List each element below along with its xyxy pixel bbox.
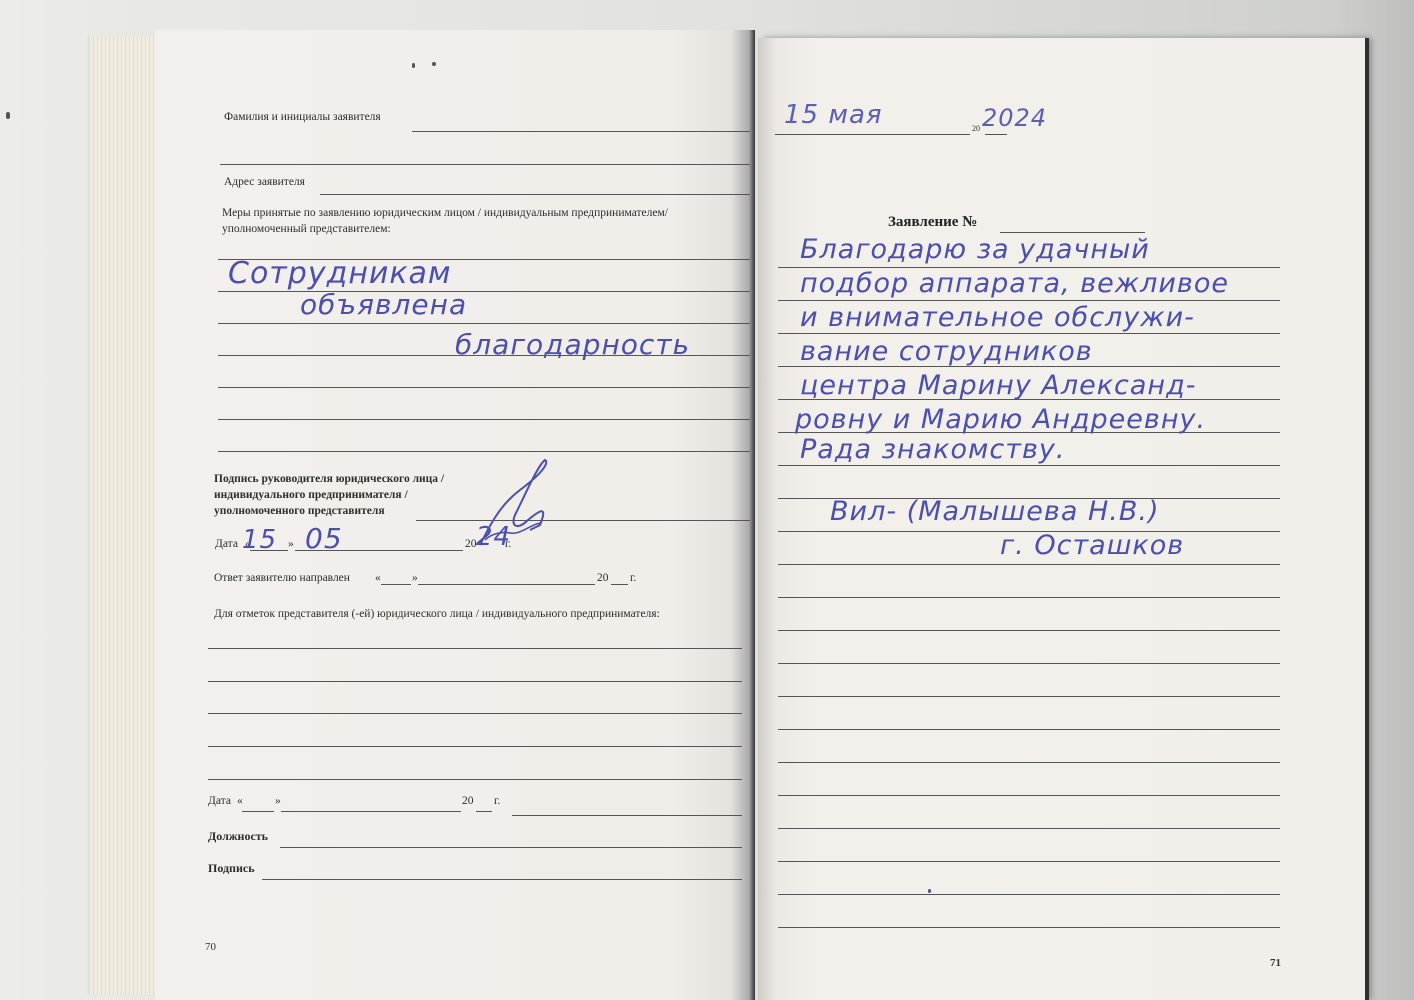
statement-line — [778, 465, 1280, 466]
position-label: Должность — [208, 829, 268, 844]
notes-line[interactable] — [208, 746, 742, 747]
statement-line — [778, 927, 1280, 928]
handwritten-date-day-month: 15 мая — [784, 100, 883, 130]
scan-speck — [6, 112, 10, 119]
notes-line[interactable] — [208, 681, 742, 682]
measures-handwritten-2: объявлена — [300, 288, 467, 321]
reply-label: Ответ заявителю направлен — [214, 572, 350, 584]
statement-line — [778, 894, 1280, 895]
date2-quote-close: » — [275, 795, 281, 807]
measures-label: Меры принятые по заявлению юридическим л… — [222, 207, 668, 219]
statement-text-line-5: центра Марину Александ- — [800, 370, 1196, 401]
date-quote-close: » — [288, 538, 294, 550]
statement-line — [778, 729, 1280, 730]
statement-text-line-3: и внимательное обслужи- — [800, 302, 1195, 333]
statement-text-line-1: Благодарю за удачный — [800, 234, 1150, 265]
ink-dot — [412, 63, 415, 68]
reply-quote-open: « — [375, 572, 381, 584]
applicant-name-line-2[interactable] — [220, 164, 750, 165]
statement-line — [778, 828, 1280, 829]
statement-city: г. Осташков — [1000, 530, 1184, 561]
date2-year-prefix: 20 — [462, 795, 474, 807]
notes-line[interactable] — [208, 779, 742, 780]
signature-line[interactable] — [416, 520, 750, 521]
statement-signature-name: Вил- (Малышева Н.В.) — [830, 496, 1160, 527]
notes-label: Для отметок представителя (-ей) юридичес… — [214, 608, 660, 620]
measures-handwritten-3: благодарность — [455, 328, 690, 361]
date-year-prefix-printed: 20 — [972, 124, 980, 133]
statement-line — [778, 696, 1280, 697]
statement-text-line-6: ровну и Марию Андреевну. — [795, 404, 1206, 435]
statement-text-line-2: подбор аппарата, вежливое — [800, 268, 1229, 299]
notes-line[interactable] — [208, 713, 742, 714]
statement-text-line-7: Рада знакомству. — [800, 434, 1065, 465]
page-edges — [90, 35, 160, 995]
date2-extra-line[interactable] — [512, 815, 742, 816]
measures-line — [218, 291, 750, 292]
signature-label-3: уполномоченного представителя — [214, 505, 385, 517]
applicant-name-label: Фамилия и инициалы заявителя — [224, 111, 381, 123]
date2-year-line[interactable] — [476, 811, 492, 812]
page-number-left: 70 — [205, 941, 216, 953]
statement-number-line[interactable] — [1000, 232, 1145, 233]
date-year-unit: г. — [505, 538, 511, 550]
date2-quote-open: « — [237, 795, 243, 807]
page-shadow-edge — [1365, 38, 1369, 1000]
statement-line — [778, 630, 1280, 631]
date2-label: Дата — [208, 795, 231, 807]
position-line[interactable] — [280, 847, 742, 848]
measures-line — [218, 387, 750, 388]
date2-month-line[interactable] — [281, 811, 461, 812]
measures-line — [218, 323, 750, 324]
reply-year-line[interactable] — [611, 584, 628, 585]
statement-line — [778, 663, 1280, 664]
signature-label-1: Подпись руководителя юридического лица / — [214, 473, 444, 485]
date-year-prefix: 20 — [465, 538, 477, 550]
ink-dot — [928, 889, 931, 893]
date-label: Дата — [215, 538, 238, 550]
applicant-address-line[interactable] — [320, 194, 750, 195]
ink-dot — [432, 62, 436, 66]
date-day-handwritten: 15 — [242, 525, 277, 555]
sign-label: Подпись — [208, 861, 255, 876]
reply-month-line[interactable] — [418, 584, 595, 585]
applicant-address-label: Адрес заявителя — [224, 176, 305, 188]
statement-line — [778, 795, 1280, 796]
measures-line — [218, 451, 750, 452]
date-year-line[interactable] — [985, 134, 1007, 135]
applicant-name-line[interactable] — [412, 131, 750, 132]
reply-day-line[interactable] — [381, 584, 411, 585]
sign-line[interactable] — [262, 879, 742, 880]
measures-line — [218, 419, 750, 420]
reply-quote-close: » — [412, 572, 418, 584]
statement-text-line-4: вание сотрудников — [800, 336, 1093, 367]
statement-line — [778, 333, 1280, 334]
date2-year-unit: г. — [494, 795, 500, 807]
signature-label-2: индивидуального предпринимателя / — [214, 489, 408, 501]
date2-day-line[interactable] — [242, 811, 274, 812]
date-day-month-line[interactable] — [775, 134, 970, 135]
notes-line[interactable] — [208, 648, 742, 649]
statement-line — [778, 762, 1280, 763]
statement-line — [778, 300, 1280, 301]
handwritten-date-year: 2024 — [982, 104, 1047, 132]
statement-label: Заявление № — [888, 214, 977, 231]
reply-year-prefix: 20 — [597, 572, 609, 584]
measures-label-2: уполномоченный представителем: — [222, 223, 391, 235]
statement-line — [778, 861, 1280, 862]
measures-handwritten-1: Сотрудникам — [228, 256, 452, 291]
reply-year-unit: г. — [630, 572, 636, 584]
statement-line — [778, 597, 1280, 598]
page-number-right: 71 — [1270, 957, 1281, 969]
date-month-handwritten: 05 — [305, 522, 343, 555]
statement-line — [778, 564, 1280, 565]
